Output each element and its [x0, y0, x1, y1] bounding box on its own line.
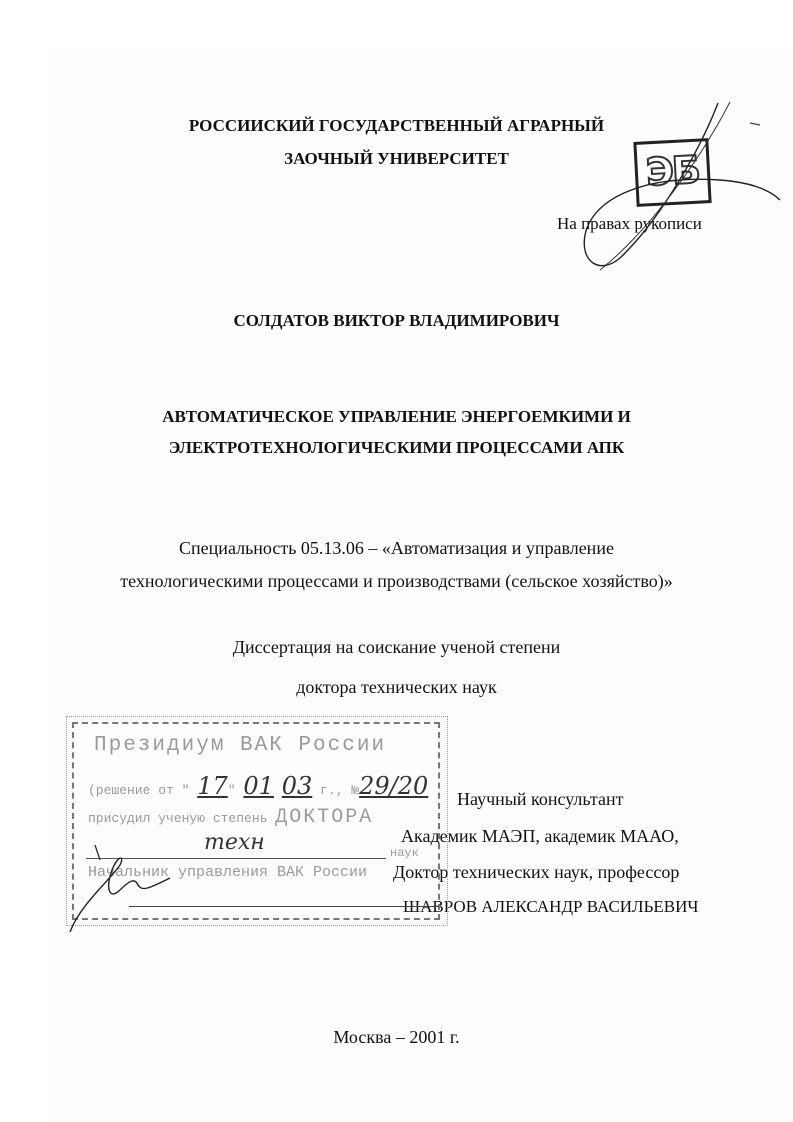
degree-line2: доктора технических наук: [0, 677, 793, 698]
consultant-label: Научный консультант: [457, 789, 624, 810]
vak-decision-year: 03: [282, 772, 313, 800]
vak-nauk-label: наук: [390, 846, 419, 860]
author-name: СОЛДАТОВ ВИКТОР ВЛАДИМИРОВИЧ: [0, 311, 793, 331]
vak-stamp: Президиум ВАК России (решение от " 17" 0…: [72, 722, 440, 920]
vak-award-prefix: присудил ученую степень: [88, 811, 267, 826]
vak-decision-number: 29/20: [359, 772, 428, 800]
vak-signature-line: [129, 906, 439, 907]
eb-stamp-text: ЭБ: [637, 147, 708, 195]
vak-field-underline: [86, 858, 386, 859]
dissertation-title-line1: АВТОМАТИЧЕСКОЕ УПРАВЛЕНИЕ ЭНЕРГОЕМКИМИ И: [0, 407, 793, 427]
vak-award-line: присудил ученую степень ДОКТОРА: [88, 806, 373, 829]
vak-decision-day: 17: [197, 772, 228, 800]
vak-decision-line: (решение от " 17" 01 03 г., №29/20: [88, 772, 428, 800]
place-and-year: Москва – 2001 г.: [0, 1027, 793, 1048]
eb-library-stamp: ЭБ: [633, 138, 711, 207]
specialty-line1: Специальность 05.13.06 – «Автоматизация …: [0, 538, 793, 559]
vak-chief-label: Начальник управления ВАК России: [88, 864, 367, 881]
vak-award-degree: ДОКТОРА: [275, 806, 373, 829]
vak-field-handwritten: техн: [204, 830, 265, 855]
specialty-line2: технологическими процессами и производст…: [0, 571, 793, 592]
vak-decision-prefix: (решение от ": [88, 783, 189, 798]
dissertation-title-line2: ЭЛЕКТРОТЕХНОЛОГИЧЕСКИМИ ПРОЦЕССАМИ АПК: [0, 438, 793, 458]
vak-stamp-title: Президиум ВАК России: [94, 734, 386, 757]
vak-decision-month: 01: [243, 772, 274, 800]
degree-line1: Диссертация на соискание ученой степени: [0, 637, 793, 658]
manuscript-note: На правах рукописи: [557, 214, 702, 234]
university-name-line1: РОССИИСКИЙ ГОСУДАРСТВЕННЫЙ АГРАРНЫЙ: [0, 116, 793, 136]
vak-number-prefix: г., №: [320, 783, 359, 798]
